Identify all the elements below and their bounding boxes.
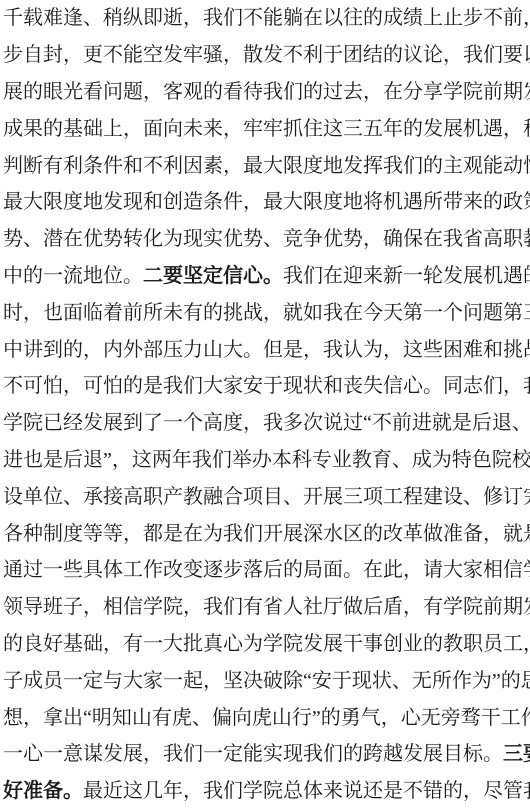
char: 我 [383,156,403,176]
char: 谋 [83,744,103,764]
char: 准 [443,524,463,544]
char: 观 [463,156,483,176]
char: 这 [323,119,343,139]
char: 几 [143,781,163,801]
char: 大 [123,671,143,691]
text-line: 不可怕，可怕的是我们大家安于现状和丧失信心。同志们，我们 [3,368,527,405]
char: 跨 [363,744,383,764]
text-line: 展的眼光看问题，客观的看待我们的过去，在分享学院前期发展 [3,74,527,111]
char: 、 [463,487,483,507]
char: ， [123,119,143,139]
char: 止 [443,8,463,28]
char: 遇 [483,119,503,139]
char: 院 [492,450,512,470]
char: 观 [183,82,203,102]
char: 大 [223,340,243,360]
char: 策 [523,192,530,212]
char: 眼 [43,82,63,102]
char: 能 [263,8,283,28]
char: 尽 [483,781,503,801]
char: 五 [363,119,383,139]
char: 省 [263,597,283,617]
char: 的 [443,781,463,801]
bold-char: 定 [203,266,223,286]
char: 是 [383,781,403,801]
char: 来 [463,192,483,212]
char: 断 [23,156,43,176]
char: 挥 [363,156,383,176]
char: 过 [323,82,343,102]
char: 果 [23,119,43,139]
char: 到 [43,340,63,360]
char: 虎 [172,708,192,728]
char: 破 [263,671,283,691]
char: 步 [463,8,483,28]
char: 程 [403,487,423,507]
char: ， [303,340,323,360]
char: 着 [103,303,123,323]
char: ， [183,781,203,801]
char: ， [243,192,263,212]
char: 迎 [343,266,363,286]
char: 问 [463,303,483,323]
char: 位 [43,487,63,507]
char: 大 [283,192,303,212]
char: 有 [152,708,172,728]
char: 稍 [103,8,123,28]
char: 于 [323,45,343,65]
char: 盾 [383,597,403,617]
char: 行 [292,708,312,728]
char: 件 [223,192,243,212]
text-line: 中的一流地位。二要坚定信心。我们在迎来新一轮发展机遇的同 [3,258,527,295]
char: 发 [523,82,530,102]
char: 不 [243,8,263,28]
char: 潜 [43,229,63,249]
char: 成 [3,119,23,139]
char: 学 [263,634,283,654]
char: 优 [323,229,343,249]
char: 员 [483,634,503,654]
char: 一 [43,266,63,286]
char: 们 [483,376,503,396]
char: 分 [403,82,423,102]
char: 未 [183,119,203,139]
char: 的 [423,156,443,176]
char: 但 [263,340,283,360]
char: 。 [483,744,503,764]
char: 一 [43,744,63,764]
char: 安 [243,376,263,396]
char: 、 [192,708,212,728]
char: 展 [103,413,123,433]
char: 判 [3,156,23,176]
char: 我 [192,450,212,470]
char: 的 [363,8,383,28]
char: 时 [3,303,23,323]
char: ， [403,597,423,617]
char: ， [183,597,203,617]
char: 的 [501,671,521,691]
char: 内 [103,340,123,360]
text-line: 时，也面临着前所未有的挑战，就如我在今天第一个问题第三条 [3,294,527,331]
char: 备 [463,524,483,544]
char: 是 [283,340,303,360]
char: 们 [212,450,232,470]
char: 体 [103,560,123,580]
char: 题 [123,82,143,102]
char: 发 [263,45,283,65]
char: 期 [503,82,523,102]
char: 。 [243,340,263,360]
char: 们 [303,266,323,286]
char: 于 [332,671,352,691]
char: 单 [23,487,43,507]
char: ， [263,303,283,323]
char: 高 [203,413,223,433]
char: 要 [503,45,523,65]
bold-char: 好 [3,781,23,801]
char: 子 [63,597,83,617]
char: 是 [163,524,183,544]
char: 机 [383,192,403,212]
text-line: 判断有利条件和不利因素，最大限度地发挥我们的主观能动性， [3,147,527,184]
char: 们 [223,781,243,801]
char: 校 [512,450,530,470]
char: 如 [303,303,323,323]
char: “ [83,708,92,728]
text-line: 势、潜在优势转化为现实优势、竞争优势，确保在我省高职教育 [3,221,527,258]
char: 社 [303,597,323,617]
char: 过 [23,560,43,580]
char: 们 [243,524,263,544]
char: 就 [503,524,523,544]
char: 我 [203,8,223,28]
char: 主 [443,156,463,176]
char: 牢 [183,45,203,65]
char: 丧 [343,376,363,396]
char: 条 [83,156,103,176]
char: 我 [263,413,283,433]
char: 。 [423,376,443,396]
bold-char: 要 [163,266,183,286]
char: 战 [243,303,263,323]
char: 等 [103,524,123,544]
char: 争 [303,229,323,249]
char: ， [223,119,243,139]
char: 空 [143,45,163,65]
char: 不 [403,781,423,801]
char: 一 [143,634,163,654]
char: 开 [303,487,323,507]
char: 挑 [503,340,523,360]
char: 不 [283,45,303,65]
char: 力 [183,340,203,360]
char: 高 [483,229,503,249]
char: 在 [323,266,343,286]
char: 发 [83,413,103,433]
char: 不 [3,376,23,396]
char: 年 [383,119,403,139]
char: 展 [323,634,343,654]
char: 机 [463,119,483,139]
char: 更 [83,45,103,65]
char: 办 [252,450,272,470]
char: 事 [363,634,383,654]
char: 信 [383,376,403,396]
char: 的 [523,266,530,286]
char: 展 [443,119,463,139]
char: 来 [323,781,343,801]
char: 项 [243,487,263,507]
char: 学 [523,560,530,580]
char: 拿 [43,708,63,728]
char: 后 [63,450,83,470]
char: 逢 [63,8,83,28]
char: 的 [403,119,423,139]
char: 遇 [403,192,423,212]
char: 步 [3,45,23,65]
char: 的 [303,82,323,102]
char: 前 [483,82,503,102]
char: 管 [503,781,523,801]
char: 实 [263,744,283,764]
char: 总 [283,781,303,801]
char: ， [143,744,163,764]
char: 这 [123,781,143,801]
char: 职 [143,487,163,507]
char: 具 [83,560,103,580]
char: 认 [343,340,363,360]
char: 科 [523,119,530,139]
char: 遇 [503,266,523,286]
char: 讲 [23,340,43,360]
char: ， [103,634,123,654]
char: 因 [183,156,203,176]
char: 展 [123,744,143,764]
char: ” [312,708,321,728]
char: 信 [503,560,523,580]
char: 这 [132,450,152,470]
char: 流 [63,266,83,286]
char: 一 [203,744,223,764]
char: 。 [123,266,143,286]
char: 过 [343,413,363,433]
char: 大 [203,376,223,396]
char: 利 [63,156,83,176]
char: 发 [523,597,530,617]
char: 最 [83,781,103,801]
char: 院 [283,634,303,654]
char: 三 [523,303,530,323]
char: 展 [283,524,303,544]
char: 思 [521,671,530,691]
char: 度 [323,192,343,212]
char: 坚 [223,671,243,691]
char: 标 [463,744,483,764]
char: 次 [303,413,323,433]
char: 后 [472,413,492,433]
char: 机 [483,266,503,286]
char: 做 [343,597,363,617]
char: ， [183,8,203,28]
char: 的 [63,340,83,360]
char: 势 [343,229,363,249]
char: 同 [443,376,463,396]
char: 今 [363,303,383,323]
char: 两 [152,450,172,470]
char: 逐 [203,560,223,580]
char: 我 [323,303,343,323]
char: 员 [43,671,63,691]
bold-char: 二 [143,266,163,286]
char: 在 [363,560,383,580]
char: 心 [403,376,423,396]
char: 就 [283,303,303,323]
char: 良 [23,634,43,654]
char: 、 [23,229,43,249]
char: 改 [163,560,183,580]
char: 造 [183,192,203,212]
char: 项 [363,487,383,507]
char: 职 [503,229,523,249]
char: 为 [472,671,492,691]
char: 是 [43,450,63,470]
char: 展 [463,266,483,286]
char: 现 [283,376,303,396]
char: 学 [443,82,463,102]
char: 为 [163,229,183,249]
char: 发 [423,119,443,139]
char: 面 [143,119,163,139]
char: 和 [323,376,343,396]
char: 、 [83,8,103,28]
char: 、 [392,671,412,691]
char: 制 [43,524,63,544]
char: 后 [363,597,383,617]
char: “ [303,671,312,691]
char: 们 [183,744,203,764]
char: 举 [232,450,252,470]
char: ， [23,303,43,323]
char: 现 [183,229,203,249]
char: 心 [23,744,43,764]
bold-char: 心 [243,266,263,286]
char: 散 [243,45,263,65]
char: 度 [303,156,323,176]
char: 定 [83,671,103,691]
char: 色 [472,450,492,470]
char: 、 [283,487,303,507]
char: ， [523,8,530,28]
char: 工 [501,708,521,728]
char: 改 [383,524,403,544]
char: 实 [203,229,223,249]
char: 们 [403,156,423,176]
char: 相 [103,597,123,617]
char: 说 [343,781,363,801]
char: 在 [383,82,403,102]
char: 自 [23,45,43,65]
char: 深 [303,524,323,544]
char: 院 [163,597,183,617]
char: 开 [263,524,283,544]
char: 一 [403,266,423,286]
char: 批 [183,634,203,654]
char: 明 [92,708,112,728]
char: 展 [423,744,443,764]
bold-char: 准 [23,781,43,801]
char: 战 [523,340,530,360]
char: 大 [163,634,183,654]
char: 们 [483,45,503,65]
text-line: 设单位、承接高职产教融合项目、开展三项工程建设、修订完善 [3,478,527,515]
char: ， [383,340,403,360]
char: 特 [452,450,472,470]
char: 优 [223,229,243,249]
char: 的 [363,524,383,544]
char: 决 [243,671,263,691]
char: 心 [223,634,243,654]
char: 。 [343,560,363,580]
char: 最 [263,192,283,212]
char: 体 [303,781,323,801]
char: 前 [503,8,523,28]
char: 纵 [123,8,143,28]
char: 我 [523,781,530,801]
char: 近 [103,781,123,801]
char: ， [243,413,263,433]
char: 家 [223,376,243,396]
char: 产 [163,487,183,507]
char: 知 [112,708,132,728]
char: 设 [443,487,463,507]
char: 业 [332,450,352,470]
char: 山 [203,340,223,360]
char: 发 [303,634,323,654]
char: 一 [63,671,83,691]
text-line: 中讲到的，内外部压力山大。但是，我认为，这些困难和挑战还 [3,331,527,368]
bold-char: 信 [223,266,243,286]
char: 导 [23,597,43,617]
char: 的 [483,192,503,212]
char: 后 [263,560,283,580]
char: 素 [203,156,223,176]
char: 此 [383,560,403,580]
char: 新 [383,266,403,286]
char: 教 [183,487,203,507]
char: 们 [183,376,203,396]
char: 我 [463,45,483,65]
char: 是 [143,376,163,396]
char: 于 [263,376,283,396]
char: 大 [263,156,283,176]
char: ， [203,671,223,691]
char: 院 [23,413,43,433]
char: 通 [3,560,23,580]
char: 题 [483,303,503,323]
char: 向 [232,708,252,728]
char: 我 [303,744,323,764]
char: 落 [243,560,263,580]
char: 础 [83,634,103,654]
text-line: 最大限度地发现和创造条件，最大限度地将机遇所带来的政策优 [3,184,527,221]
char: 发 [103,192,123,212]
char: 的 [23,82,43,102]
char: 些 [63,560,83,580]
char: ， [363,229,383,249]
char: 载 [23,8,43,28]
